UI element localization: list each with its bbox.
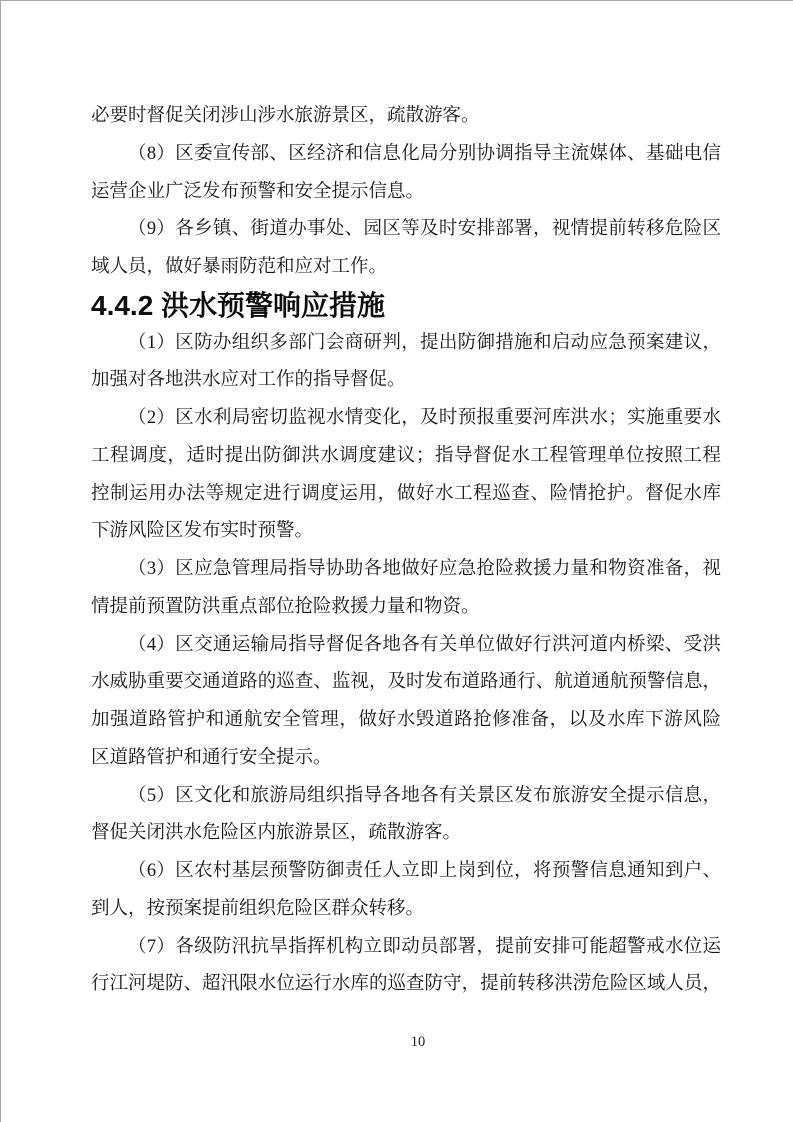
text-line: 到人，按预案提前组织危险区群众转移。: [91, 891, 721, 929]
document-page: 必要时督促关闭涉山涉水旅游景区，疏散游客。 （8）区委宣传部、区经济和信息化局分…: [0, 0, 793, 1122]
text-line: （5）区文化和旅游局组织指导各地各有关景区发布旅游安全提示信息，: [91, 778, 721, 816]
text-line: （2）区水利局密切监视水情变化，及时预报重要河库洪水；实施重要水: [91, 400, 721, 438]
text-line: 督促关闭洪水危险区内旅游景区，疏散游客。: [91, 815, 721, 853]
text-line: （9）各乡镇、街道办事处、园区等及时安排部署，视情提前转移危险区: [91, 211, 721, 249]
text-line: （7）各级防汛抗旱指挥机构立即动员部署，提前安排可能超警戒水位运: [91, 929, 721, 967]
text-line: 工程调度，适时提出防御洪水调度建议；指导督促水工程管理单位按照工程: [91, 438, 721, 476]
text-line: 情提前预置防洪重点部位抢险救援力量和物资。: [91, 589, 721, 627]
text-line: （6）区农村基层预警防御责任人立即上岗到位，将预警信息通知到户、: [91, 853, 721, 891]
text-line: 水威胁重要交通道路的巡查、监视，及时发布道路通行、航道通航预警信息，: [91, 664, 721, 702]
text-line: 域人员，做好暴雨防范和应对工作。: [91, 249, 721, 287]
text-line: 控制运用办法等规定进行调度运用，做好水工程巡查、险情抢护。督促水库: [91, 476, 721, 514]
text-line: 区道路管护和通行安全提示。: [91, 740, 721, 778]
page-number: 10: [22, 1032, 793, 1052]
section-heading: 4.4.2 洪水预警响应措施: [91, 287, 721, 325]
document-body: 必要时督促关闭涉山涉水旅游景区，疏散游客。 （8）区委宣传部、区经济和信息化局分…: [91, 98, 721, 1004]
text-line: （1）区防办组织多部门会商研判，提出防御措施和启动应急预案建议，: [91, 325, 721, 363]
text-line: 行江河堤防、超汛限水位运行水库的巡查防守，提前转移洪涝危险区域人员，: [91, 966, 721, 1004]
text-line: （8）区委宣传部、区经济和信息化局分别协调指导主流媒体、基础电信: [91, 136, 721, 174]
text-line: 加强道路管护和通航安全管理，做好水毁道路抢修准备，以及水库下游风险: [91, 702, 721, 740]
text-line: （3）区应急管理局指导协助各地做好应急抢险救援力量和物资准备，视: [91, 551, 721, 589]
text-line: 下游风险区发布实时预警。: [91, 513, 721, 551]
text-line: （4）区交通运输局指导督促各地各有关单位做好行洪河道内桥梁、受洪: [91, 627, 721, 665]
text-line: 必要时督促关闭涉山涉水旅游景区，疏散游客。: [91, 98, 721, 136]
text-line: 加强对各地洪水应对工作的指导督促。: [91, 362, 721, 400]
text-line: 运营企业广泛发布预警和安全提示信息。: [91, 174, 721, 212]
